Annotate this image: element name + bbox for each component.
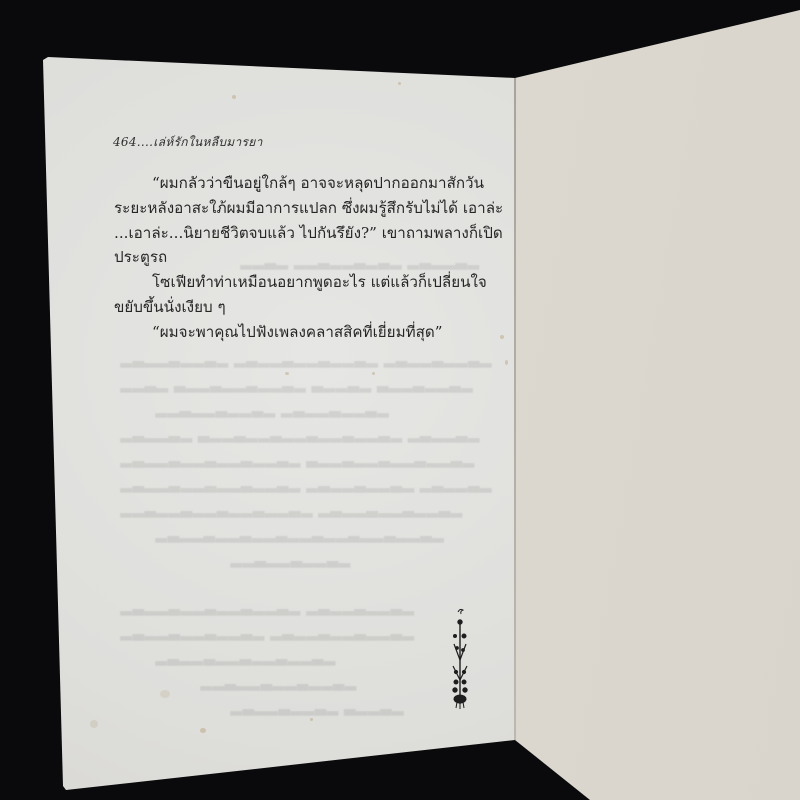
text-line: โซเฟียทำท่าเหมือนอยากพูดอะไร แต่แล้วก็เป…	[114, 270, 478, 295]
body-text: “ผมกลัวว่าขืนอยู่ใกล้ๆ อาจจะหลุดปากออกมา…	[114, 171, 478, 345]
show-through-text: ▂▃▂▂▃▂▂▃▂▂▃▂▂▃▂	[155, 648, 336, 666]
show-through-text: ▂▃▂▂▃ ▂▃▂▂▃▂▂▃▂	[230, 698, 404, 716]
text-line: ...เอาล่ะ...นิยายชีวิตจบแล้ว ไปกันรึยัง?…	[114, 221, 478, 246]
show-through-text: ▂▃▂▂▃▂▂▃▂ ▂▃▂▂▃▂▂▃▂▂	[155, 400, 389, 418]
age-spot	[505, 360, 508, 365]
show-through-text: ▂▃▂▂▃▂▂▃▂▂▃▂▂▃ ▂▃▂▂▃▂▂▃▂▂▃▂▂▃▂	[120, 450, 474, 468]
show-through-text: ▂▃▂▂▃▂▂▃▂▂	[230, 550, 350, 568]
show-through-text: ▂▃▂▂▃▂▂▃▂▂▃▂ ▂▃▂▂▃▂▂▃▂▂▃▂	[120, 623, 414, 641]
age-spot	[310, 718, 313, 721]
age-spot	[200, 728, 206, 733]
book-spine	[514, 78, 516, 740]
show-through-text: ▂▃▂▂▃▂ ▂▃▂▂▃▂▂▃▂▂▃▂▂▃▂▂▃ ▂▃▂▂▃▂	[120, 425, 480, 443]
show-through-text: ▂▃▂▂▃▂▂▃▂ ▂▃▂▂▃▂▂▃▂▂▃▂ ▂▃▂▂▃▂▂▃▂	[120, 350, 492, 368]
show-through-text: ▂▃▂▂▃▂▂▃▂ ▂▃▂▂▃▂▂▃▂▂▃▂▂▃▂	[120, 598, 414, 616]
age-spot	[398, 82, 401, 85]
book-photo: ▂▃▂▂▃▂ ▂▃▂▃▂▂▃▂▂ ▂▃▂▂ ▂▃▂▂▃▂▂▃▂ ▂▃▂▂▃▂▂▃…	[0, 0, 800, 800]
age-spot	[90, 720, 98, 728]
floral-ornament-icon	[448, 600, 472, 710]
running-head: 464....เล่ห์รักในหลืบมารยา	[113, 133, 263, 152]
age-spot	[160, 690, 170, 698]
text-line: ขยับขึ้นนั่งเงียบ ๆ	[114, 295, 478, 320]
text-line: ประตูรถ	[114, 245, 478, 270]
age-spot	[500, 335, 504, 339]
show-through-text: ▂▃▂▂▃▂ ▂▃▂▂▃▂▂▃▂ ▂▃▂▂▃▂▂▃▂▂▃▂▂▃▂	[120, 475, 492, 493]
show-through-text: ▂▃▂▂▃▂▂▃▂▂▃▂ ▂▃▂▂▃▂▂▃▂▂▃▂▂▃▂▂	[120, 500, 462, 518]
show-through-text: ▂▃▂▂▃▂▂▃▂▂▃▂▂▃▂▂▃▂▂▃▂▂▃▂	[155, 525, 444, 543]
age-spot	[232, 95, 236, 99]
show-through-text: ▂▃▂▂▃▂▂▃▂▂▃▂▂	[200, 673, 356, 691]
text-line: ระยะหลังอาสะใภ้ผมมีอาการแปลก ซึ่งผมรู้สึ…	[114, 196, 478, 221]
text-line: “ผมกลัวว่าขืนอยู่ใกล้ๆ อาจจะหลุดปากออกมา…	[114, 171, 478, 196]
show-through-text: ▂▃▂▂▃▂▂▃ ▂▃▂▂▃ ▂▃▂▂▃▂▂▃▂▂▃ ▂▃▂▂	[120, 375, 473, 393]
text-line: “ผมจะพาคุณไปฟังเพลงคลาสสิคที่เยี่ยมที่สุ…	[114, 320, 478, 345]
